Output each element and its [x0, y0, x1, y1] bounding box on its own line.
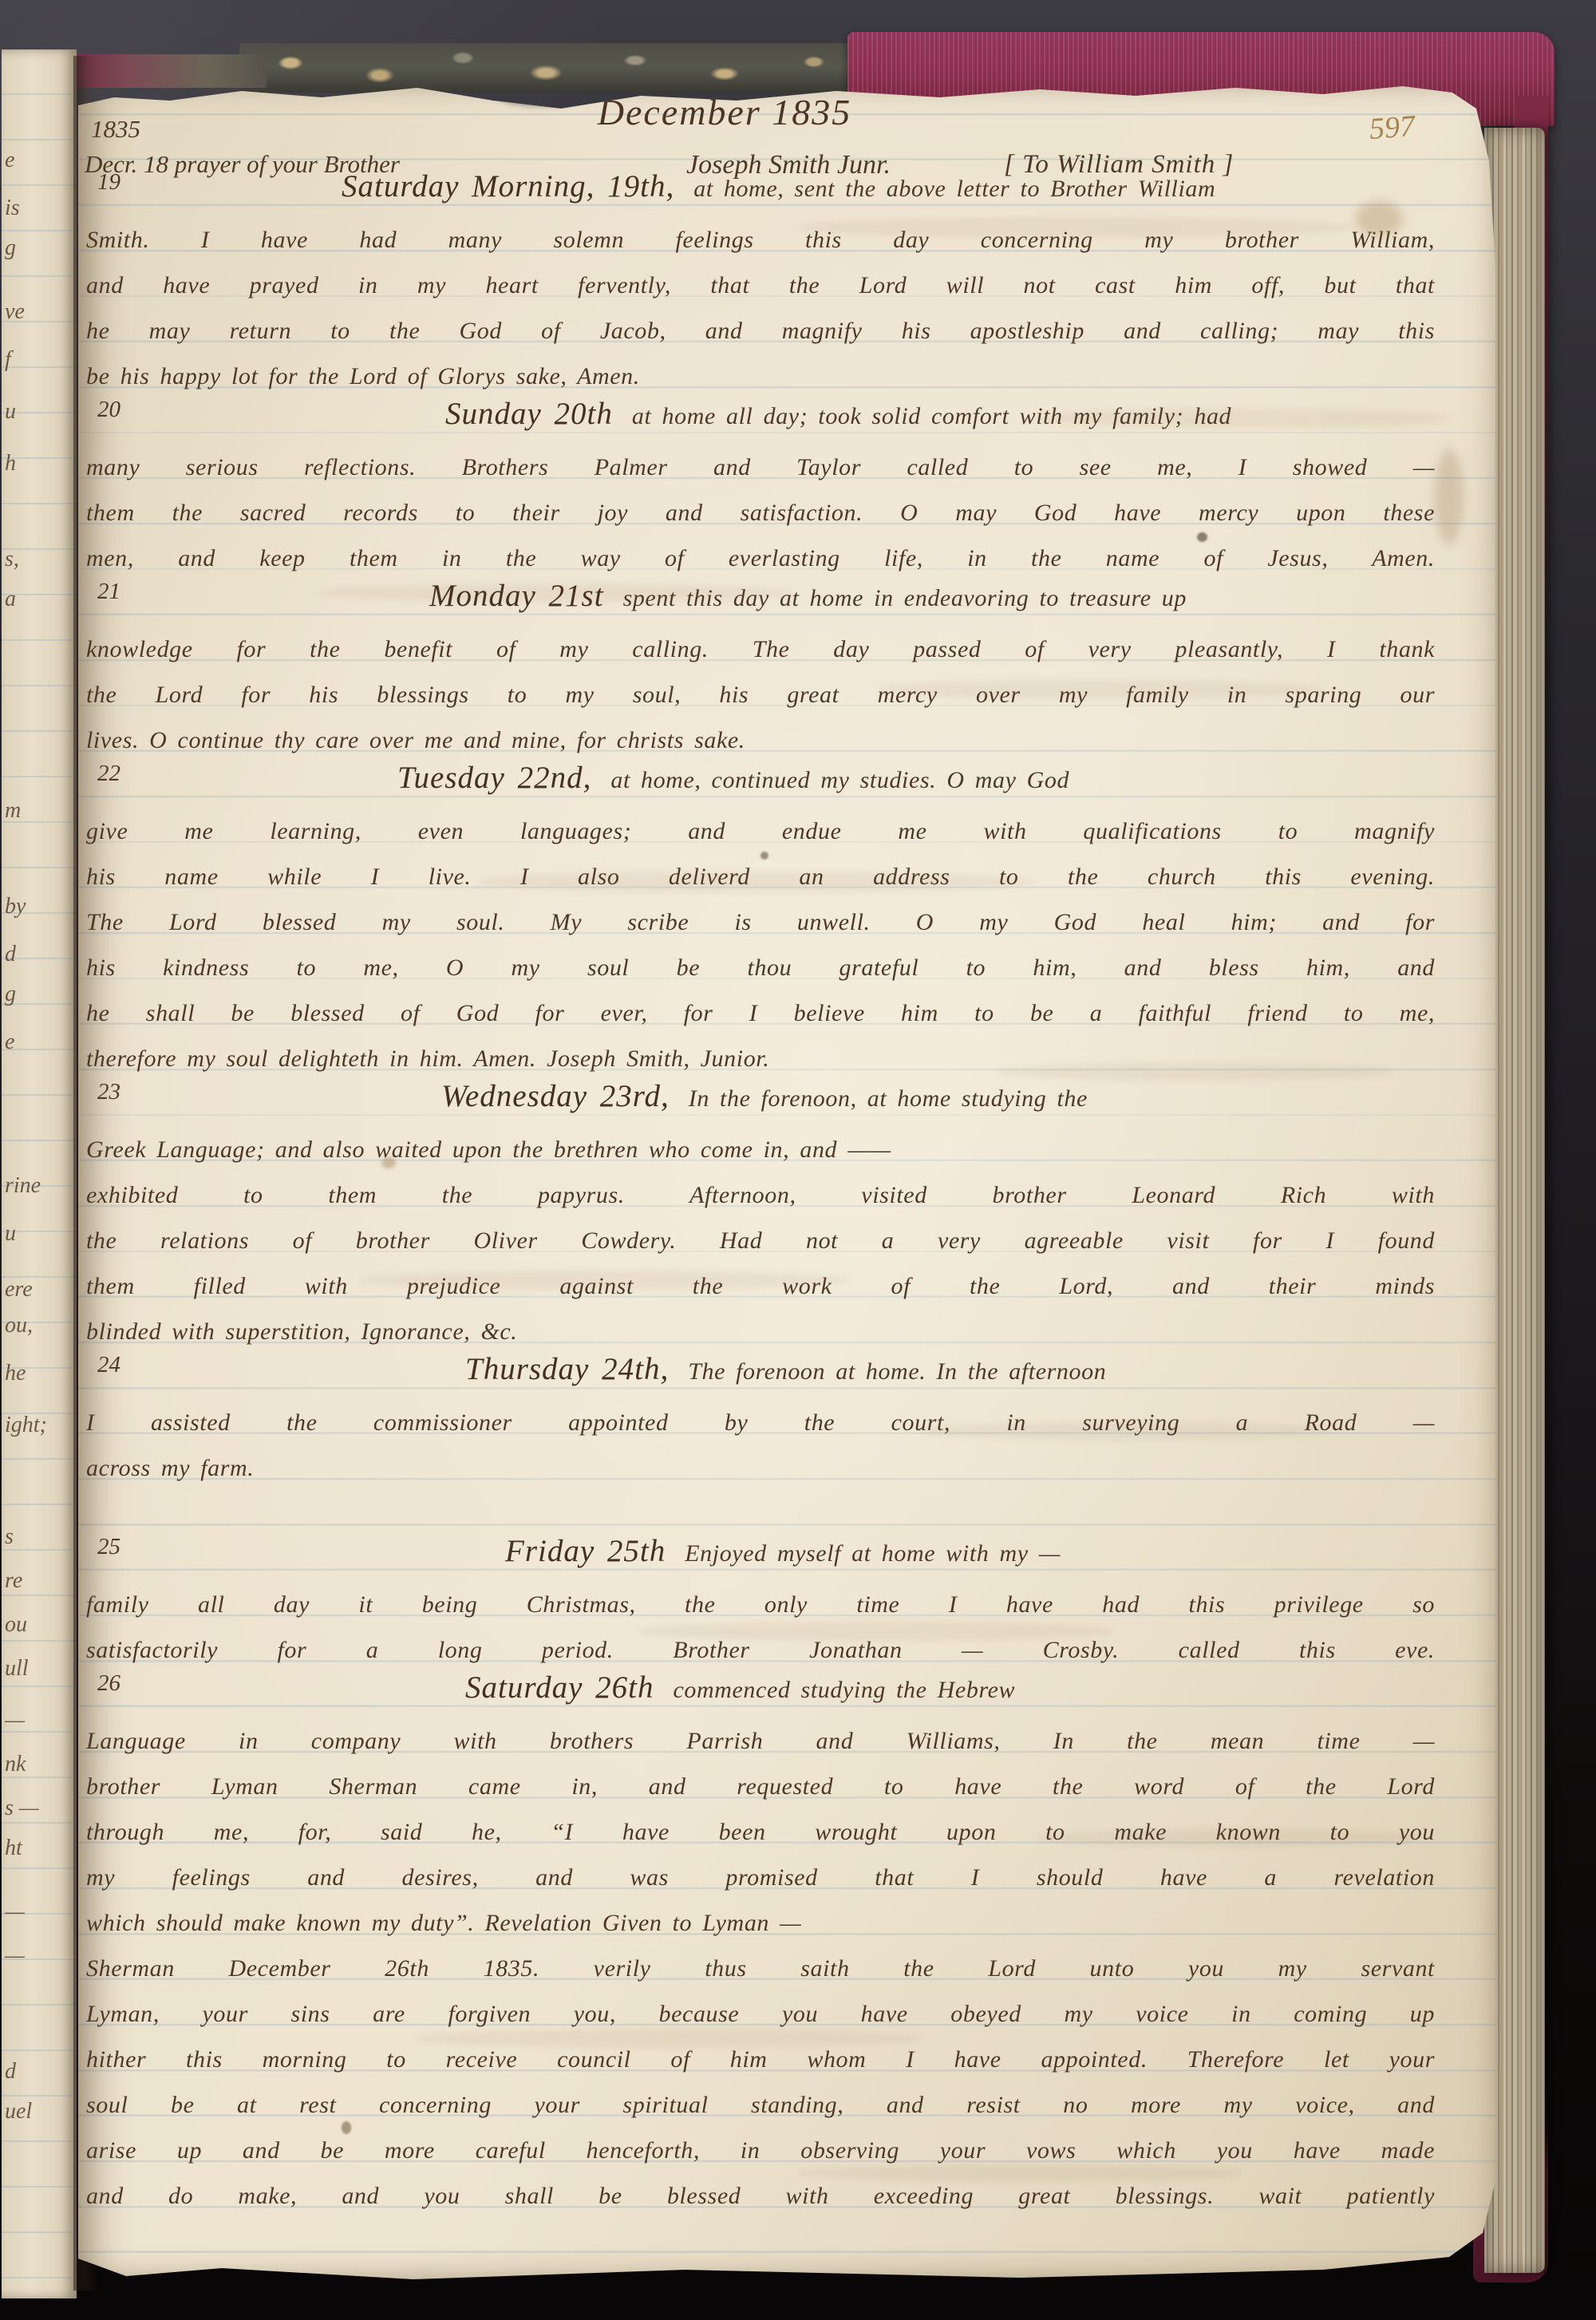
- stain: [342, 2121, 351, 2134]
- adjacent-page-text-fragment: ere: [5, 1277, 75, 1302]
- adjacent-page-text-fragment: —: [5, 1708, 75, 1733]
- adjacent-page-text-fragment: ve: [5, 299, 75, 325]
- entry-line: be his happy lot for the Lord of Glorys …: [86, 356, 1435, 397]
- entry-line: brother Lyman Sherman came in, and reque…: [86, 1766, 1435, 1808]
- entry-day-heading: Tuesday 22nd,: [397, 761, 591, 795]
- facing-page-edge: eisgvefuhs,ambydgerineuereou,height;sreo…: [2, 49, 77, 2298]
- stain: [381, 1157, 396, 1168]
- entry-heading-line: Saturday 26thcommenced studying the Hebr…: [465, 1667, 1435, 1709]
- entry-number: 23: [97, 1079, 120, 1105]
- stain: [1197, 532, 1207, 542]
- adjacent-page-text-fragment: h: [5, 451, 75, 476]
- entry-heading-rest: at home, continued my studies. O may God: [610, 767, 1069, 793]
- entry-number: 19: [97, 169, 120, 196]
- bleed-through-smudge: [996, 1063, 1395, 1081]
- adjacent-page-text-fragment: e: [5, 1030, 75, 1055]
- entry-line: and do make, and you shall be blessed wi…: [86, 2176, 1435, 2217]
- entry-line: the relations of brother Oliver Cowdery.…: [86, 1220, 1435, 1262]
- adjacent-page-text-fragment: re: [5, 1568, 75, 1594]
- entry-day-heading: Friday 25th: [505, 1534, 666, 1568]
- adjacent-page-text-fragment: he: [5, 1361, 75, 1386]
- bleed-through-smudge: [413, 2029, 924, 2048]
- adjacent-page-text-fragment: u: [5, 1221, 75, 1247]
- entry-line: them the sacred records to their joy and…: [86, 492, 1435, 534]
- entry-day-heading: Saturday 26th: [465, 1670, 654, 1705]
- bleed-through-smudge: [637, 1622, 1116, 1641]
- entry-line: across my farm.: [86, 1448, 1435, 1489]
- entry-number: 22: [97, 761, 120, 787]
- adjacent-page-text-fragment: g: [5, 235, 75, 261]
- adjacent-page-text-fragment: f: [5, 347, 75, 373]
- bleed-through-smudge: [477, 871, 1036, 892]
- journal-page: December 1835 1835 597 Decr. 18 prayer o…: [78, 73, 1495, 2281]
- adjacent-page-text-fragment: ull: [5, 1656, 75, 1682]
- entry-line: The Lord blessed my soul. My scribe is u…: [86, 902, 1435, 943]
- bleed-through-smudge: [876, 680, 1323, 699]
- entry-heading-line: Wednesday 23rd,In the forenoon, at home …: [441, 1076, 1435, 1117]
- adjacent-page-text-fragment: —: [5, 1943, 75, 1969]
- bleed-through-smudge: [1036, 409, 1451, 428]
- entry-heading-line: Saturday Morning, 19th,at home, sent the…: [342, 166, 1435, 207]
- marbled-cover-strip: [239, 43, 878, 93]
- entry-line: Sherman December 26th 1835. verily thus …: [86, 1948, 1435, 1990]
- stain: [1435, 449, 1464, 544]
- entry-line: Language in company with brothers Parris…: [86, 1721, 1435, 1762]
- bleed-through-smudge: [796, 217, 1355, 238]
- adjacent-page-text-fragment: by: [5, 894, 75, 919]
- entry-day-heading: Sunday 20th: [445, 397, 613, 431]
- entry-heading-line: Tuesday 22nd,at home, continued my studi…: [397, 757, 1435, 799]
- entry-line: men, and keep them in the way of everlas…: [86, 538, 1435, 579]
- adjacent-page-text-fragment: ht: [5, 1836, 75, 1861]
- adjacent-page-text-fragment: uel: [5, 2099, 75, 2124]
- entry-line: lives. O continue thy care over me and m…: [86, 720, 1435, 761]
- entry-heading-rest: Enjoyed myself at home with my —: [685, 1540, 1061, 1567]
- adjacent-page-text-fragment: —: [5, 1899, 75, 1925]
- adjacent-page-text-fragment: ight;: [5, 1413, 75, 1438]
- entry-heading-rest: In the forenoon, at home studying the: [689, 1085, 1088, 1112]
- entry-line: give me learning, even languages; and en…: [86, 811, 1435, 852]
- adjacent-page-text-fragment: a: [5, 587, 75, 612]
- entry-line: he shall be blessed of God for ever, for…: [86, 993, 1435, 1034]
- entry-day-heading: Saturday Morning, 19th,: [342, 169, 674, 204]
- entry-line: family all day it being Christmas, the o…: [86, 1584, 1435, 1626]
- entry-day-heading: Thursday 24th,: [465, 1352, 669, 1386]
- adjacent-page-text-fragment: d: [5, 942, 75, 967]
- year-note: 1835: [91, 115, 140, 144]
- adjacent-page-text-fragment: m: [5, 798, 75, 824]
- entry-line: soul be at rest concerning your spiritua…: [86, 2085, 1435, 2126]
- entry-heading-rest: The forenoon at home. In the afternoon: [688, 1358, 1106, 1385]
- adjacent-page-text-fragment: s: [5, 1524, 75, 1550]
- entry-heading-line: Friday 25thEnjoyed myself at home with m…: [505, 1531, 1435, 1572]
- entry-number: 20: [97, 397, 120, 423]
- entry-number: 26: [97, 1670, 120, 1697]
- adjacent-page-text-fragment: ou: [5, 1612, 75, 1638]
- bleed-through-smudge: [796, 2164, 1243, 2182]
- entry-line: which should make known my duty”. Revela…: [86, 1903, 1435, 1944]
- entry-heading-rest: commenced studying the Hebrew: [673, 1677, 1015, 1703]
- entry-line: exhibited to them the papyrus. Afternoon…: [86, 1175, 1435, 1216]
- stain: [1355, 201, 1403, 236]
- entry-heading-line: Thursday 24th,The forenoon at home. In t…: [465, 1349, 1435, 1390]
- bleed-through-smudge: [916, 1422, 1331, 1440]
- entry-number: 21: [97, 579, 120, 605]
- entry-day-heading: Wednesday 23rd,: [441, 1079, 670, 1113]
- stain: [760, 852, 768, 860]
- bleed-through-smudge: [358, 1271, 852, 1290]
- entry-line: arise up and be more careful henceforth,…: [86, 2130, 1435, 2172]
- entry-line: he may return to the God of Jacob, and m…: [86, 310, 1435, 352]
- entry-line: my feelings and desires, and was promise…: [86, 1857, 1435, 1899]
- entry-heading-rest: at home, sent the above letter to Brothe…: [693, 176, 1215, 202]
- adjacent-page-text-fragment: ou,: [5, 1313, 75, 1338]
- entry-line: his kindness to me, O my soul be thou gr…: [86, 947, 1435, 989]
- adjacent-page-text-fragment: s,: [5, 547, 75, 572]
- adjacent-page-text-fragment: e: [5, 148, 75, 173]
- adjacent-page-text-fragment: rine: [5, 1173, 75, 1199]
- adjacent-page-text-fragment: u: [5, 399, 75, 425]
- entry-number: 24: [97, 1352, 120, 1378]
- page-title: December 1835: [453, 91, 996, 133]
- entry-number: 25: [97, 1534, 120, 1560]
- entry-line: Greek Language; and also waited upon the…: [86, 1129, 1435, 1171]
- bleed-through-smudge: [318, 584, 796, 602]
- adjacent-page-text-fragment: is: [5, 196, 75, 221]
- entry-line: blinded with superstition, Ignorance, &c…: [86, 1311, 1435, 1353]
- page-number: 597: [1369, 109, 1416, 147]
- adjacent-page-text-fragment: s —: [5, 1796, 75, 1821]
- entry-line: and have prayed in my heart fervently, t…: [86, 265, 1435, 306]
- adjacent-page-text-fragment: g: [5, 982, 75, 1007]
- adjacent-page-text-fragment: d: [5, 2059, 75, 2085]
- entry-line: many serious reflections. Brothers Palme…: [86, 447, 1435, 488]
- adjacent-page-text-fragment: nk: [5, 1752, 75, 1777]
- bleed-through-smudge: [1036, 1829, 1419, 1847]
- entry-line: knowledge for the benefit of my calling.…: [86, 629, 1435, 670]
